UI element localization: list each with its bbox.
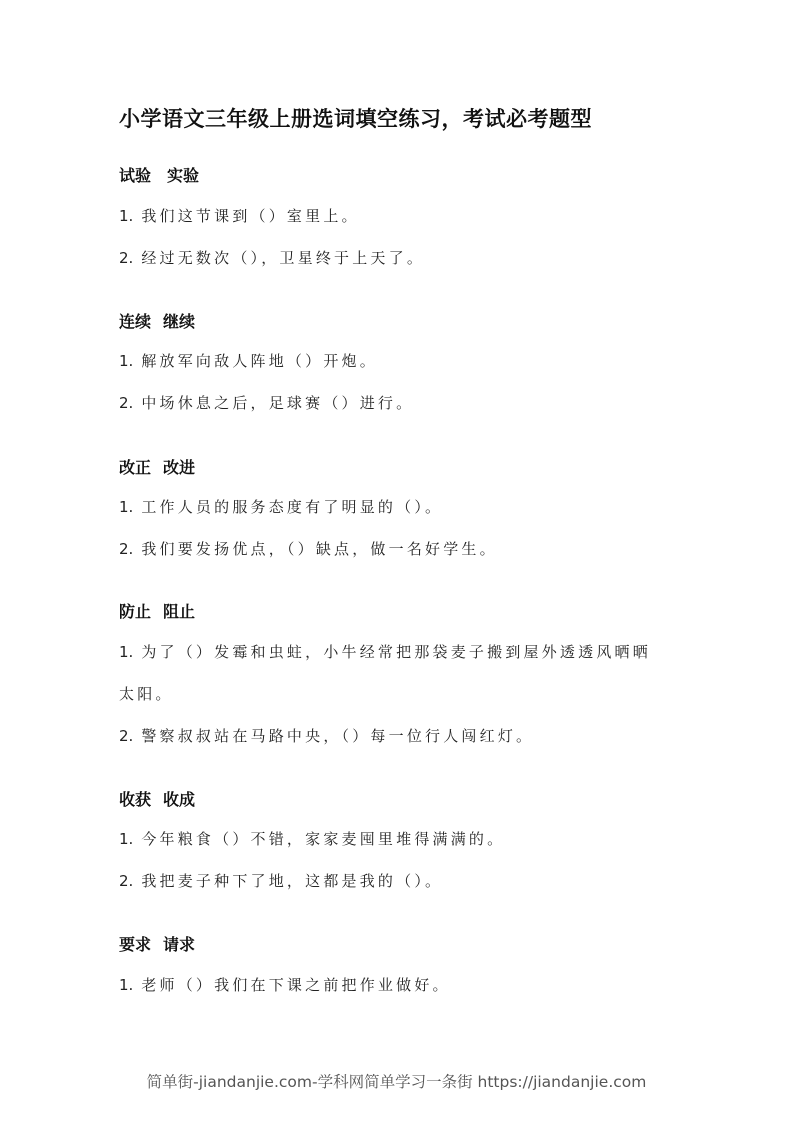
word-option: 实验 [167, 166, 199, 185]
question-item: 2.我把麦子种下了地，这都是我的（）。 [119, 870, 443, 891]
question-text: 太阳。 [119, 685, 174, 703]
word-pair-heading: 改正改进 [119, 455, 195, 478]
question-item: 1.工作人员的服务态度有了明显的（）。 [119, 496, 443, 517]
question-number: 2. [119, 727, 133, 745]
word-option: 连续 [119, 312, 151, 331]
question-text: 经过无数次（），卫星终于上天了。 [141, 249, 425, 267]
question-text: 老师（）我们在下课之前把作业做好。 [141, 976, 450, 994]
question-text: 警察叔叔站在马路中央，（）每一位行人闯红灯。 [141, 727, 534, 745]
question-text: 为了（）发霉和虫蛀，小牛经常把那袋麦子搬到屋外透透风晒晒 [141, 643, 651, 661]
question-text: 我们这节课到（）室里上。 [141, 207, 359, 225]
word-option: 试验 [119, 166, 151, 185]
question-number: 2. [119, 394, 133, 412]
question-number: 1. [119, 498, 133, 516]
question-item: 1.为了（）发霉和虫蛀，小牛经常把那袋麦子搬到屋外透透风晒晒 [119, 641, 651, 662]
word-option: 要求 [119, 935, 151, 954]
word-option: 继续 [163, 312, 195, 331]
question-item: 2.经过无数次（），卫星终于上天了。 [119, 247, 425, 268]
word-option: 改正 [119, 458, 151, 477]
question-text: 解放军向敌人阵地（）开炮。 [141, 352, 378, 370]
word-pair-heading: 防止阻止 [119, 599, 195, 622]
question-text: 中场休息之后，足球赛（）进行。 [141, 394, 414, 412]
question-number: 2. [119, 872, 133, 890]
question-item: 1.老师（）我们在下课之前把作业做好。 [119, 974, 451, 995]
question-text: 我把麦子种下了地，这都是我的（）。 [141, 872, 443, 890]
question-number: 1. [119, 352, 133, 370]
question-item: 2.我们要发扬优点，（）缺点，做一名好学生。 [119, 538, 498, 559]
word-option: 防止 [119, 602, 151, 621]
page-footer: 简单街-jiandanjie.com-学科网简单学习一条街 https://ji… [0, 1070, 793, 1092]
document-page: 小学语文三年级上册选词填空练习，考试必考题型 试验实验 1.我们这节课到（）室里… [0, 0, 793, 1122]
question-number: 2. [119, 249, 133, 267]
question-item: 1.今年粮食（）不错，家家麦囤里堆得满满的。 [119, 828, 505, 849]
word-pair-heading: 连续继续 [119, 309, 195, 332]
question-text: 工作人员的服务态度有了明显的（）。 [141, 498, 443, 516]
word-pair-heading: 试验实验 [119, 163, 199, 186]
question-number: 1. [119, 976, 133, 994]
document-title: 小学语文三年级上册选词填空练习，考试必考题型 [119, 103, 592, 133]
question-item: 2.中场休息之后，足球赛（）进行。 [119, 392, 414, 413]
question-text: 今年粮食（）不错，家家麦囤里堆得满满的。 [141, 830, 505, 848]
question-item: 1.解放军向敌人阵地（）开炮。 [119, 350, 378, 371]
question-number: 2. [119, 540, 133, 558]
word-pair-heading: 收获收成 [119, 787, 195, 810]
question-item: 2.警察叔叔站在马路中央，（）每一位行人闯红灯。 [119, 725, 534, 746]
question-number: 1. [119, 643, 133, 661]
question-continuation: 太阳。 [119, 683, 174, 704]
question-number: 1. [119, 207, 133, 225]
word-option: 收获 [119, 790, 151, 809]
word-pair-heading: 要求请求 [119, 932, 195, 955]
question-text: 我们要发扬优点，（）缺点，做一名好学生。 [141, 540, 498, 558]
word-option: 请求 [163, 935, 195, 954]
word-option: 阻止 [163, 602, 195, 621]
question-number: 1. [119, 830, 133, 848]
question-item: 1.我们这节课到（）室里上。 [119, 205, 360, 226]
word-option: 收成 [163, 790, 195, 809]
word-option: 改进 [163, 458, 195, 477]
